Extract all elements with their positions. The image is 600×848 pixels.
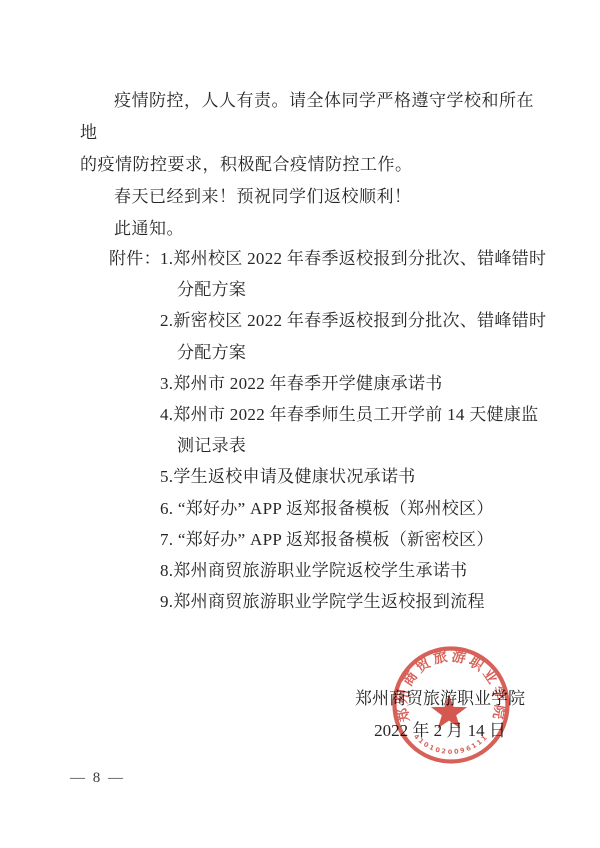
document-page: 疫情防控，人人有责。请全体同学严格遵守学校和所在地 的疫情防控要求，积极配合疫情… [0, 0, 600, 848]
attachment-item: 9.郑州商贸旅游职业学院学生返校报到流程 [160, 586, 559, 617]
seal-star-icon [431, 694, 467, 728]
attachments-list: 1.郑州校区 2022 年春季返校报到分批次、错峰错时 分配方案 2.新密校区 … [160, 243, 559, 617]
attachment-item: 7. “郑好办” APP 返郑报备模板（新密校区） [160, 524, 559, 555]
attachment-item: 5.学生返校申请及健康状况承诺书 [160, 461, 559, 492]
attachments-section: 附件： 1.郑州校区 2022 年春季返校报到分批次、错峰错时 分配方案 2.新… [109, 243, 559, 617]
body-paragraph: 此通知。 [80, 213, 542, 245]
attachment-item: 8.郑州商贸旅游职业学院返校学生承诺书 [160, 555, 559, 586]
attachment-item: 3.郑州市 2022 年春季开学健康承诺书 [160, 368, 559, 399]
attachment-item: 4.郑州市 2022 年春季师生员工开学前 14 天健康监 测记录表 [160, 399, 559, 461]
attachments-label: 附件： [109, 243, 161, 274]
body-paragraph: 春天已经到来！预祝同学们返校顺利！ [80, 181, 542, 213]
attachment-item: 6. “郑好办” APP 返郑报备模板（郑州校区） [160, 493, 559, 524]
body-paragraph: 疫情防控，人人有责。请全体同学严格遵守学校和所在地 的疫情防控要求，积极配合疫情… [80, 85, 542, 181]
attachment-item: 2.新密校区 2022 年春季返校报到分批次、错峰错时 分配方案 [160, 305, 559, 367]
attachment-item: 1.郑州校区 2022 年春季返校报到分批次、错峰错时 分配方案 [160, 243, 559, 305]
notice-body: 疫情防控，人人有责。请全体同学严格遵守学校和所在地 的疫情防控要求，积极配合疫情… [80, 85, 542, 245]
page-number: — 8 — [70, 770, 125, 787]
official-seal-stamp: 郑州商贸旅游职业学院 4101020096111 [391, 645, 511, 765]
